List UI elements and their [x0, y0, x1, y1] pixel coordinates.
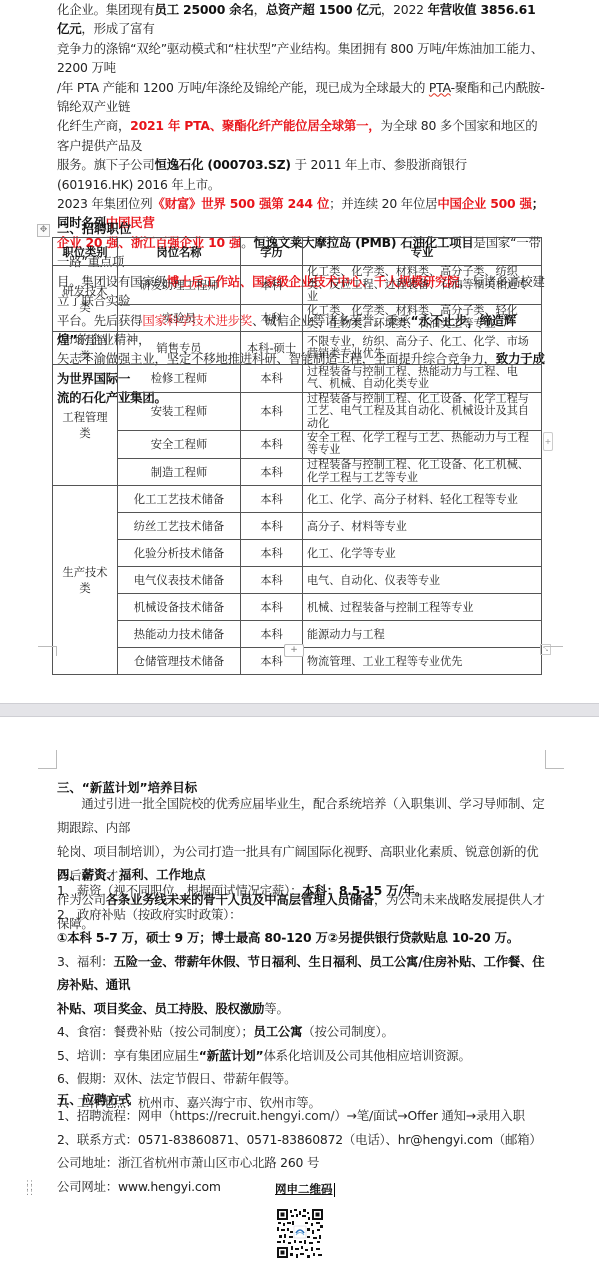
text-run: 公司地址：浙江省杭州市萧山区市心北路 260 号 — [57, 1155, 319, 1170]
document-page-1: 化企业。集团现有员工 25000 余名，总资产超 1500 亿元，2022 年营… — [0, 0, 599, 703]
table-row: 研发技术类研发助理工程师本科化工类、化学类、材料类、高分子类、纺织类、反应工程、… — [53, 266, 542, 305]
cell-major: 化工、化学等专业 — [303, 540, 542, 567]
cell-position: 研发助理工程师 — [118, 266, 241, 305]
margin-marker — [56, 646, 57, 656]
header-education: 学历 — [241, 238, 303, 266]
margin-marker — [545, 750, 564, 769]
text-run: 1、薪资（视不同职位、根据面试情况定薪）： — [57, 883, 302, 898]
table-header-row: 职位类别 岗位名称 学历 专业 — [53, 238, 542, 266]
page-break-gap — [0, 703, 599, 717]
cell-major: 化工、化学、高分子材料、轻化工程等专业 — [303, 486, 542, 513]
cell-position: 纺丝工艺技术储备 — [118, 513, 241, 540]
text-line: 补贴、项目奖金、员工持股、股权激励等。 — [57, 997, 545, 1021]
text-line: 5、培训：享有集团应届生“新蓝计划”体系化培训及公司其他相应培训资源。 — [57, 1044, 545, 1068]
cell-education: 本科 — [241, 540, 303, 567]
add-row-button[interactable]: + — [284, 644, 304, 657]
text-line: 通过引进一批全国院校的优秀应届毕业生，配合系统培养（入职集训、学习导师制、定期跟… — [57, 792, 545, 840]
cell-education: 本科 — [241, 513, 303, 540]
table-row: 安装工程师本科过程装备与控制工程、化工设备、化学工程与工艺、电气工程及其自动化、… — [53, 392, 542, 431]
margin-marker — [38, 768, 56, 769]
text-run: 4、食宿：餐费补贴（按公司制度）； — [57, 1024, 254, 1039]
text-line: 服务。旗下子公司恒逸石化 (000703.SZ) 于 2011 年上市、参股浙商… — [57, 155, 545, 194]
cell-position: 安装工程师 — [118, 392, 241, 431]
cell-position: 化工工艺技术储备 — [118, 486, 241, 513]
cell-major: 过程装备与控制工程、化工设备、化学工程与工艺、电气工程及其自动化、机械设计及其自… — [303, 392, 542, 431]
cell-education: 本科 — [241, 304, 303, 332]
cell-major: 化工类、化学类、材料类、高分子类、轻化类、生物类、环境类、石油类工等专业 — [303, 304, 542, 332]
text-run: “新蓝计划” — [199, 1048, 264, 1063]
table-row: 电气仪表技术储备本科电气、自动化、仪表等专业 — [53, 567, 542, 594]
table-move-handle[interactable]: ✥ — [37, 224, 50, 237]
text-line: 6、假期：双休、法定节假日、带薪年假等。 — [57, 1067, 545, 1091]
text-run: 体系化培训及公司其他相应培训资源。 — [263, 1048, 470, 1063]
text-line: 化企业。集团现有员工 25000 余名，总资产超 1500 亿元，2022 年营… — [57, 0, 545, 39]
text-run: 补贴、项目奖金、员工持股、股权激励 — [57, 1001, 264, 1016]
table-row: 机械设备技术储备本科机械、过程装备与控制工程等专业 — [53, 594, 542, 621]
cell-education: 本科 — [241, 594, 303, 621]
cell-position: 销售专员 — [118, 332, 241, 365]
cell-category: 工程管理类 — [53, 365, 118, 486]
drag-handle-icon[interactable]: :::::: — [26, 1181, 34, 1196]
text-run: 2、联系方式：0571-83860871、0571-83860872（电话）、h… — [57, 1132, 542, 1147]
text-run: ①本科 5-7 万，硕士 9 万；博士最高 80-120 万②另提供银行贷款贴息… — [57, 930, 519, 945]
margin-marker — [38, 646, 56, 647]
cell-position: 制造工程师 — [118, 458, 241, 486]
text-run: 《财富》世界 500 强第 244 位 — [152, 196, 329, 211]
section-4-list: 1、薪资（视不同职位、根据面试情况定薪）：本科：8.5-15 万/年。2、政府补… — [57, 879, 545, 1114]
cell-major: 安全工程、化学工程与工艺、热能动力与工程等专业 — [303, 431, 542, 459]
text-run: ， — [254, 2, 266, 17]
text-line: 3、福利：五险一金、带薪年休假、节日福利、生日福利、员工公寓/住房补贴、工作餐、… — [57, 950, 545, 997]
text-run: 化纤生产商， — [57, 118, 130, 133]
cell-major: 不限专业，纺织、高分子、化工、化学、市场营销类专业优先 — [303, 332, 542, 365]
text-run: ；并连续 20 年位居 — [329, 196, 437, 211]
cell-position: 电气仪表技术储备 — [118, 567, 241, 594]
text-run: 6、假期：双休、法定节假日、带薪年假等。 — [57, 1071, 296, 1086]
text-run: 恒逸石化 (000703.SZ) — [155, 157, 291, 172]
text-line: 4、食宿：餐费补贴（按公司制度）；员工公寓（按公司制度）。 — [57, 1020, 545, 1044]
header-position: 岗位名称 — [118, 238, 241, 266]
add-column-button[interactable]: + — [543, 432, 553, 451]
text-line: 1、招聘流程：网申（https://recruit.hengyi.com/）→笔… — [57, 1104, 545, 1128]
text-run: /年 PTA 产能和 1200 万吨/年涤纶及锦纶产能，现已成为全球最大的 — [57, 80, 429, 95]
text-run: 等。 — [264, 1001, 288, 1016]
text-cursor — [334, 1183, 336, 1197]
table-row: 制造工程师本科过程装备与控制工程、化工设备、化工机械、化学工程与工艺等专业 — [53, 458, 542, 486]
text-line: 化纤生产商，2021 年 PTA、聚酯化纤产能位居全球第一，为全球 80 多个国… — [57, 116, 545, 155]
text-run: 通过引进一批全国院校的优秀应届毕业生，配合系统培养（入职集训、学习导师制、定期跟… — [57, 796, 545, 835]
text-run: 2021 年 PTA、聚酯化纤产能位居全球第一， — [130, 118, 380, 133]
cell-major: 机械、过程装备与控制工程等专业 — [303, 594, 542, 621]
table-row: 纺丝工艺技术储备本科高分子、材料等专业 — [53, 513, 542, 540]
cell-education: 本科 — [241, 486, 303, 513]
cell-education: 本科 — [241, 458, 303, 486]
table-row: 市场营销类销售专员本科-硕士不限专业，纺织、高分子、化工、化学、市场营销类专业优… — [53, 332, 542, 365]
text-line: 竞争力的涤锦“双纶”驱动模式和“柱状型”产业结构。集团拥有 800 万吨/年炼油… — [57, 39, 545, 78]
text-run: 1、招聘流程：网申（ — [57, 1108, 174, 1123]
cell-education: 本科 — [241, 392, 303, 431]
cell-major: 过程装备与控制工程、化工设备、化工机械、化学工程与工艺等专业 — [303, 458, 542, 486]
text-run: 2023 年集团位列 — [57, 196, 152, 211]
text-run: 本科：8.5-15 万/年。 — [302, 883, 427, 898]
margin-marker — [545, 646, 563, 647]
text-run: ，形成了富有 — [81, 21, 154, 36]
cell-position: 检修工程师 — [118, 365, 241, 393]
text-run: ，2022 — [381, 2, 428, 17]
cell-category: 研发技术类 — [53, 266, 118, 332]
text-run: 2、政府补贴（按政府实时政策）： — [57, 907, 241, 922]
text-run: PTA — [429, 80, 451, 95]
text-run: 竞争力的涤锦“双纶”驱动模式和“柱状型”产业结构。集团拥有 800 万吨/年炼油… — [57, 41, 543, 75]
cell-education: 本科 — [241, 266, 303, 305]
table-row: 化验分析技术储备本科化工、化学等专业 — [53, 540, 542, 567]
table-row: 安全工程师本科安全工程、化学工程与工艺、热能动力与工程等专业 — [53, 431, 542, 459]
qr-code-image[interactable] — [277, 1209, 323, 1258]
text-run: 总资产超 1500 亿元 — [266, 2, 381, 17]
table-row: 生产技术类化工工艺技术储备本科化工、化学、高分子材料、轻化工程等专业 — [53, 486, 542, 513]
text-line: 2、政府补贴（按政府实时政策）： — [57, 903, 545, 927]
text-run: ）→笔/面试→Offer 通知→录用入职 — [334, 1108, 524, 1123]
cell-position: 化验分析技术储备 — [118, 540, 241, 567]
text-run: 中国企业 500 强 — [437, 196, 531, 211]
cell-education: 本科 — [241, 431, 303, 459]
recruit-link[interactable]: https://recruit.hengyi.com/ — [174, 1108, 334, 1123]
cell-position: 实验员 — [118, 304, 241, 332]
text-run: 员工 25000 余名 — [155, 2, 254, 17]
table-row: 实验员本科化工类、化学类、材料类、高分子类、轻化类、生物类、环境类、石油类工等专… — [53, 304, 542, 332]
cell-education: 本科 — [241, 567, 303, 594]
text-run: 公司网址：www.hengyi.com — [57, 1179, 221, 1194]
text-line: 2、联系方式：0571-83860871、0571-83860872（电话）、h… — [57, 1128, 545, 1152]
text-run: 五险一金、带薪年休假、节日福利、生日福利、员工公寓/住房补贴、工作餐、住房补贴、… — [57, 954, 544, 993]
cell-position: 热能动力技术储备 — [118, 621, 241, 648]
text-run: 化企业。集团现有 — [57, 2, 155, 17]
cell-position: 仓储管理技术储备 — [118, 648, 241, 675]
cell-position: 机械设备技术储备 — [118, 594, 241, 621]
text-run: 3、福利： — [57, 954, 113, 969]
text-run: 员工公寓 — [254, 1024, 303, 1039]
job-positions-table: 职位类别 岗位名称 学历 专业 研发技术类研发助理工程师本科化工类、化学类、材料… — [52, 237, 542, 675]
text-run: （按公司制度）。 — [302, 1024, 393, 1039]
text-line: 1、薪资（视不同职位、根据面试情况定薪）：本科：8.5-15 万/年。 — [57, 879, 545, 903]
text-run: 5、培训：享有集团应届生 — [57, 1048, 199, 1063]
text-line: 公司地址：浙江省杭州市萧山区市心北路 260 号 — [57, 1151, 545, 1175]
cell-education: 本科-硕士 — [241, 332, 303, 365]
margin-marker — [56, 750, 57, 769]
cell-category: 市场营销类 — [53, 332, 118, 365]
cell-education: 本科 — [241, 365, 303, 393]
text-line: /年 PTA 产能和 1200 万吨/年涤纶及锦纶产能，现已成为全球最大的 PT… — [57, 78, 545, 117]
cell-major: 电气、自动化、仪表等专业 — [303, 567, 542, 594]
cell-major: 能源动力与工程 — [303, 621, 542, 648]
header-major: 专业 — [303, 238, 542, 266]
table-row: 工程管理类检修工程师本科过程装备与控制工程、热能动力与工程、电气、机械、自动化类… — [53, 365, 542, 393]
header-category: 职位类别 — [53, 238, 118, 266]
section-2-heading: 二、招聘职位 — [57, 219, 131, 237]
cell-major: 高分子、材料等专业 — [303, 513, 542, 540]
text-line: ①本科 5-7 万，硕士 9 万；博士最高 80-120 万②另提供银行贷款贴息… — [57, 926, 545, 950]
qr-code-title: 网申二维码 — [275, 1181, 335, 1197]
text-run: 服务。旗下子公司 — [57, 157, 155, 172]
cell-major: 过程装备与控制工程、热能动力与工程、电气、机械、自动化类专业 — [303, 365, 542, 393]
cell-category: 生产技术类 — [53, 486, 118, 675]
cell-major: 化工类、化学类、材料类、高分子类、纺织类、反应工程、过程装备、石油等相关相近专业 — [303, 266, 542, 305]
cell-position: 安全工程师 — [118, 431, 241, 459]
cell-major: 物流管理、工业工程等专业优先 — [303, 648, 542, 675]
